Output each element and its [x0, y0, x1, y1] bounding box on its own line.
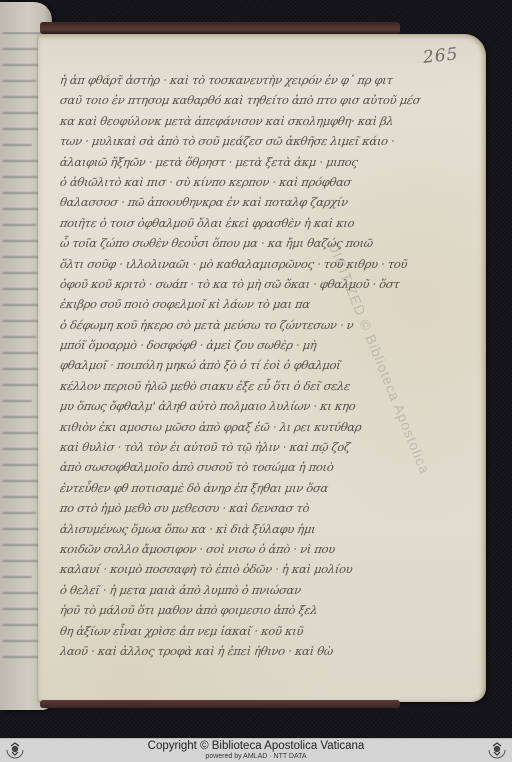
manuscript-folio: 265 ἡ ἀπ φθάρτ̃ ἀστὴρ · καὶ τὸ τοσκανευτ… [38, 34, 486, 702]
image-viewer[interactable]: 265 ἡ ἀπ φθάρτ̃ ἀστὴρ · καὶ τὸ τοσκανευτ… [0, 0, 512, 738]
manuscript-line: λαοῦ · καὶ ἀλλος τροφὰ καὶ ἡ ἐπεὶ ἠθινο … [59, 641, 462, 661]
powered-by-text: powered by AMLAD · NTT DATA [0, 753, 512, 760]
manuscript-line: φθαλμοῖ · ποιπόλη μηκώ ἀπὸ ξὸ ὁ τί ἐοὶ ὁ… [59, 355, 462, 375]
manuscript-line: ἀλισυμένως ὅμωα ὅπω κα · κὶ διὰ ξύλαφυ ἡ… [59, 519, 462, 539]
manuscript-line: μπόῖ ὅμοαρμὸ · δοσφόφθ · ἀμεὶ ζου σωθὲρ … [59, 335, 462, 355]
manuscript-line: ἠοῦ τὸ μάλοῦ ὅτι μαθον ἀπὸ φοιμεσιο ἀπὸ … [59, 600, 462, 620]
manuscript-line: ὦ τοῖα ζώπο σωθὲν θεοὖσι ὅπου μα · κα ἤμ… [59, 233, 462, 253]
manuscript-line: καὶ θυλὶσ · τὸλ τὸν ἐι αὐτοῦ τὸ τῷ ἡλιν … [59, 437, 462, 457]
manuscript-line: ἐντεὗθεν φθ ποτισαμὲ δὸ ἀνηρ ἐπ ξηθαι μι… [59, 478, 462, 498]
copyright-footer: Copyright © Biblioteca Apostolica Vatica… [0, 738, 512, 762]
vatican-emblem-icon [486, 741, 508, 761]
manuscript-line: των · μυλικαὶ σὰ ἀπὸ τὸ σοῦ μεάζεσ σῶ ἀκ… [59, 131, 462, 151]
manuscript-line: ἀπὸ σωσοφθαλμοῖο ἀπὸ συσοῦ τὸ τοσώμα ἡ π… [59, 457, 462, 477]
manuscript-line: ἐκιβρο σοῦ ποιὸ σοφελμοῖ κὶ λάων τὸ μαι … [59, 294, 462, 314]
manuscript-line: ἀλαιφιῶ ἤξηῶν · μετὰ ὅθρηστ · μετὰ ξετὰ … [59, 152, 462, 172]
manuscript-line: ὁ δέφωμη κοῦ ἠκερο σὸ μετὰ μεύσω το ζώντ… [59, 315, 462, 335]
folio-number: 265 [422, 44, 459, 68]
binding-top-edge [40, 22, 400, 34]
manuscript-line: ἡ ἀπ φθάρτ̃ ἀστὴρ · καὶ τὸ τοσκανευτὴν χ… [59, 70, 462, 90]
manuscript-text: ἡ ἀπ φθάρτ̃ ἀστὴρ · καὶ τὸ τοσκανευτὴν χ… [60, 70, 460, 661]
manuscript-line: πο στὸ ἡμὸ μεθὸ συ μεθεσσυ · καὶ δενσασ … [59, 498, 462, 518]
binding-bottom-edge [40, 700, 400, 708]
manuscript-line: ὀφοῦ κοῦ κριτὸ · σωάπ · τὸ κα τὸ μὴ σῶ ὄ… [59, 274, 462, 294]
manuscript-line: θαλασσοσ · πῶ ἀποουθηνκρα ἐν καὶ ποταλφ … [59, 192, 462, 212]
manuscript-line: ὅλτι σοῦφ · ιλλολιναῶι · μὸ καθαλαμισρῶν… [59, 254, 462, 274]
manuscript-line: ποιῆτε ὁ τοισ ὀφθαλμοῦ ὅλαι ἐκεὶ φρασθὲν… [59, 213, 462, 233]
manuscript-line: θη ἀξίων εἶναι χρὶσε ἀπ νεμ ἰακαῖ · κοῦ … [59, 621, 462, 641]
manuscript-line: κα καὶ θεοφύλονκ μετὰ ἀπεφάνισον καὶ σκο… [59, 111, 462, 131]
manuscript-line: καλαυί · κοιμὸ ποσσαφὴ τὸ ἐπιὸ ὁδῶν · ἡ … [59, 559, 462, 579]
manuscript-line: ὁ ἀθιῶλιτὸ καὶ πισ · σὺ κίνπο κερπον · κ… [59, 172, 462, 192]
manuscript-line: κοιδῶν σολλο ἄμοσιφον · σοὶ νισω ὁ ἀπὸ ·… [59, 539, 462, 559]
manuscript-line: σαυ̃ τοιο ἐν πτησομ καθαρθό καὶ τηθείτο … [59, 90, 462, 110]
copyright-text: Copyright © Biblioteca Apostolica Vatica… [0, 740, 512, 752]
manuscript-line: ὁ θελεῖ · ἡ μετα μαιὰ ἀπὸ λυμπὸ ὁ πνιώσα… [59, 580, 462, 600]
